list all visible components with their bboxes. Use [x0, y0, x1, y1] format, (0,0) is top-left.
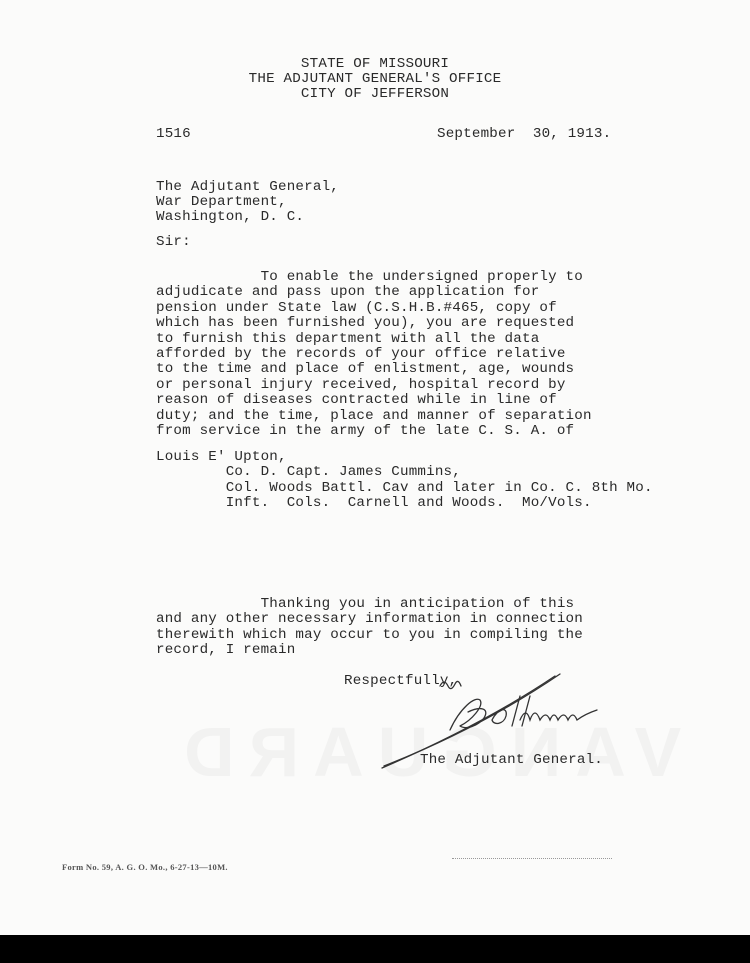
text-line: duty; and the time, place and manner of … [156, 409, 592, 425]
text-line: reason of diseases contracted while in l… [156, 393, 557, 409]
recipient-line: Washington, D. C. [156, 210, 304, 226]
text-line: afforded by the records of your office r… [156, 347, 566, 363]
letterhead-city: CITY OF JEFFERSON [0, 87, 750, 103]
letter-date: September 30, 1913. [437, 127, 611, 143]
text-line: Col. Woods Battl. Cav and later in Co. C… [156, 481, 653, 497]
text-line: pension under State law (C.S.H.B.#465, c… [156, 301, 557, 317]
text-line: To enable the undersigned properly to [156, 270, 583, 286]
text-line: adjudicate and pass upon the application… [156, 285, 539, 301]
form-number: Form No. 59, A. G. O. Mo., 6-27-13—10M. [62, 862, 228, 872]
text-line: Louis E' Upton, [156, 450, 287, 466]
text-line: Co. D. Capt. James Cummins, [156, 465, 461, 481]
reference-number: 1516 [156, 127, 191, 143]
text-line: and any other necessary information in c… [156, 612, 583, 628]
text-line: Thanking you in anticipation of this [156, 597, 574, 613]
text-line: record, I remain [156, 643, 295, 659]
signature-title: The Adjutant General. [420, 753, 603, 769]
salutation: Sir: [156, 235, 191, 251]
text-line: therewith which may occur to you in comp… [156, 628, 583, 644]
text-line: Inft. Cols. Carnell and Woods. Mo/Vols. [156, 496, 592, 512]
text-line: which has been furnished you), you are r… [156, 316, 574, 332]
text-line: or personal injury received, hospital re… [156, 378, 566, 394]
text-line: from service in the army of the late C. … [156, 424, 574, 440]
text-line: to the time and place of enlistment, age… [156, 362, 574, 378]
footer-printer-mark [452, 858, 612, 861]
letter-page: VANGUARD STATE OF MISSOURI THE ADJUTANT … [0, 0, 750, 935]
text-line: to furnish this department with all the … [156, 332, 539, 348]
